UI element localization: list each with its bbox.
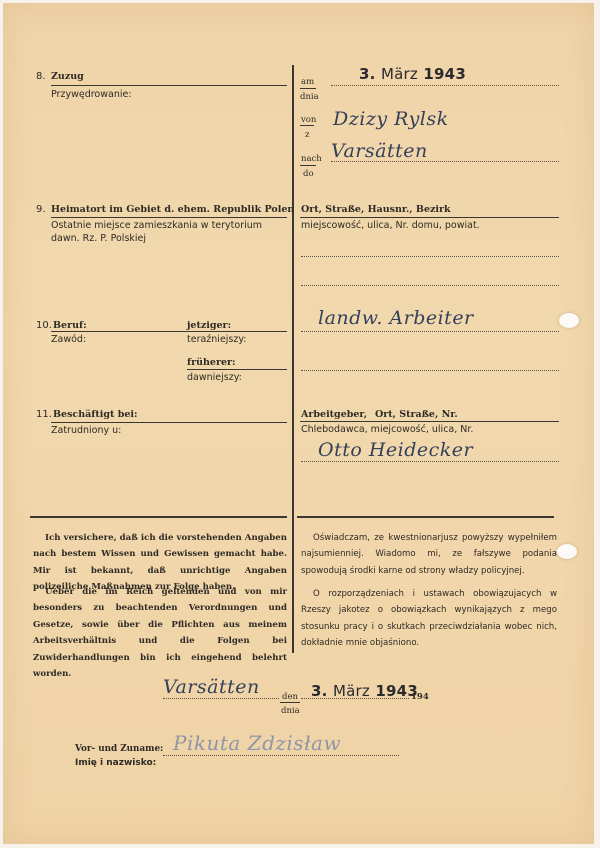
- employer-label-de-2: Ort, Straße, Nr.: [375, 409, 458, 421]
- to-place-field[interactable]: [331, 161, 559, 162]
- address-underline: [300, 217, 559, 218]
- current-label-pl: teraźniejszy:: [187, 334, 247, 346]
- column-divider: [292, 65, 294, 653]
- address-field-line2[interactable]: [301, 285, 559, 286]
- name-label-de: Vor- und Zuname:: [75, 743, 163, 755]
- signature-place-value[interactable]: Varsätten: [163, 676, 260, 698]
- employer-field[interactable]: [301, 461, 559, 462]
- section8-number: 8.: [36, 71, 46, 83]
- arrival-date-month: März: [381, 65, 418, 83]
- from-place-value[interactable]: Dzizy Rylsk: [333, 108, 449, 130]
- section11-label-pl: Zatrudniony u:: [51, 425, 121, 437]
- arrival-date-day: 3.: [359, 65, 376, 83]
- former-label-de: früherer:: [187, 357, 236, 369]
- name-label-pl: Imię i nazwisko:: [75, 757, 156, 769]
- declaration-de-para2: Ueber die im Reich geltenden und von mir…: [33, 584, 287, 682]
- former-occupation-field[interactable]: [301, 370, 559, 371]
- name-field[interactable]: [163, 755, 399, 756]
- section8-label-de: Zuzug: [51, 71, 84, 83]
- name-value[interactable]: Pikuta Zdzisław: [173, 731, 341, 755]
- arrival-date-stamp: 3. März 1943: [359, 65, 466, 83]
- section11-label-de: Beschäftigt bei:: [53, 409, 138, 421]
- employer-value[interactable]: Otto Heidecker: [318, 439, 473, 461]
- former-underline: [187, 369, 287, 370]
- section9-label-pl-line2: dawn. Rz. P. Polskiej: [51, 233, 146, 245]
- current-occupation-value[interactable]: landw. Arbeiter: [318, 307, 474, 329]
- address-label-pl: miejscowość, ulica, Nr. domu, powiat.: [301, 220, 480, 232]
- punch-hole-bottom: [557, 544, 577, 559]
- signature-year-prefix: 194: [411, 691, 429, 703]
- to-label-rule: [300, 165, 316, 166]
- section10-label-pl: Zawód:: [51, 334, 86, 346]
- to-label-de: nach: [301, 153, 322, 165]
- signature-date-label-rule: [280, 702, 300, 703]
- employer-label-de-1: Arbeitgeber,: [301, 409, 367, 421]
- declaration-divider-left: [30, 516, 287, 518]
- section9-underline: [51, 217, 287, 218]
- employer-label-pl: Chlebodawca, miejcowość, ulica, Nr.: [301, 424, 473, 436]
- section10-number: 10.: [36, 320, 52, 332]
- to-label-pl: do: [303, 168, 314, 180]
- signature-date-field[interactable]: [301, 698, 409, 699]
- employer-underline: [300, 421, 559, 422]
- section9-label-pl-line1: Ostatnie miejsce zamieszkania w terytori…: [51, 220, 262, 232]
- section11-number: 11.: [36, 409, 52, 421]
- date-label-pl: dnia: [300, 91, 319, 103]
- section10-underline: [51, 331, 287, 332]
- section11-underline: [51, 422, 287, 423]
- declaration-divider-right: [297, 516, 554, 518]
- arrival-date-year: 1943: [423, 65, 466, 83]
- from-label-pl: z: [305, 129, 309, 141]
- current-occupation-field[interactable]: [301, 331, 559, 332]
- punch-hole-top: [559, 313, 579, 328]
- section8-label-pl: Przywędrowanie:: [51, 89, 132, 101]
- signature-place-field[interactable]: [163, 698, 279, 699]
- signature-date-label-pl: dnia: [281, 705, 300, 717]
- section9-label-de: Heimatort im Gebiet d. ehem. Republik Po…: [51, 204, 294, 216]
- former-label-pl: dawniejszy:: [187, 372, 242, 384]
- section8-underline: [51, 85, 287, 86]
- address-field-line1[interactable]: [301, 256, 559, 257]
- address-label-de: Ort, Straße, Hausnr., Bezirk: [301, 204, 451, 216]
- to-place-value[interactable]: Varsätten: [331, 140, 428, 162]
- date-label-de: am: [301, 76, 314, 88]
- date-label-rule: [300, 88, 316, 89]
- section9-number: 9.: [36, 204, 46, 216]
- arrival-date-field[interactable]: [331, 85, 559, 86]
- from-label-rule: [300, 125, 314, 126]
- declaration-pl-para2: O rozporządzeniach i ustawach obowiązuja…: [301, 586, 557, 652]
- form-page: 8. Zuzug Przywędrowanie: am dnia 3. März…: [3, 3, 594, 844]
- declaration-pl-para1: Oświadczam, ze kwestnionarjusz powyższy …: [301, 530, 557, 579]
